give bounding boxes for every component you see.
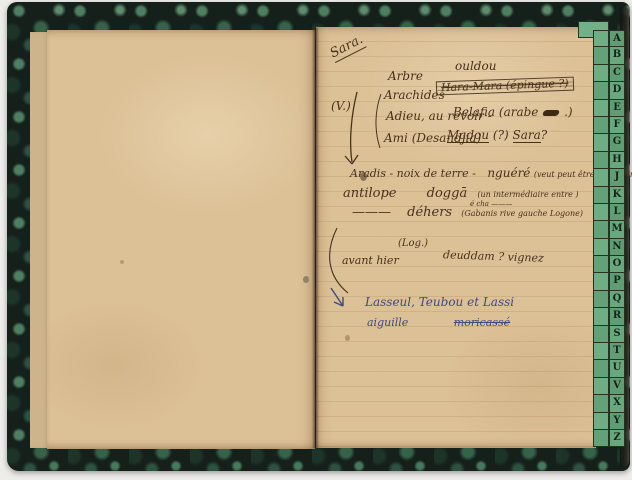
tab-letter-e: E bbox=[609, 100, 625, 117]
blue-entry-aiguille: aiguille moricassé bbox=[367, 317, 510, 329]
moricasse-text: moricassé bbox=[454, 316, 510, 329]
entry-madou-sara: Madou (?) Sara? bbox=[447, 129, 547, 142]
tab-letter-h: H bbox=[609, 152, 625, 169]
entry-dehers: ——— déhers (Gabanis rive gauche Logone) bbox=[352, 206, 583, 220]
margin-label: (V.) bbox=[331, 100, 351, 113]
tab-ladder-cell bbox=[593, 239, 609, 256]
tab-letter-x: X bbox=[609, 395, 625, 412]
tab-letter-b: B bbox=[609, 47, 625, 64]
tab-letter-p: P bbox=[609, 273, 625, 290]
aiguille-text: aiguille bbox=[367, 316, 408, 329]
tab-ladder-cell bbox=[593, 100, 609, 117]
madou-question: (?) bbox=[493, 128, 509, 142]
tab-ladder-cell bbox=[593, 378, 609, 395]
alphabet-tabs: ABCDEFGHJKLMNOPQRSTUVXYZ bbox=[609, 30, 625, 447]
tab-ladder-cell bbox=[593, 221, 609, 238]
tab-ladder-cell bbox=[593, 343, 609, 360]
tab-letter-g: G bbox=[609, 134, 625, 151]
sara-text: Sara bbox=[513, 128, 541, 143]
tab-letter-n: N bbox=[609, 239, 625, 256]
tab-ladder-cell bbox=[593, 413, 609, 430]
tab-letter-m: M bbox=[609, 221, 625, 238]
entry-belafia: Belafia (arabe .) bbox=[453, 106, 573, 119]
tab-letter-d: D bbox=[609, 82, 625, 99]
tab-letter-f: F bbox=[609, 117, 625, 134]
scanned-notebook: Sara. Arbre Arachides ouldou Hara-Mara (… bbox=[0, 0, 632, 480]
tab-ladder-cell bbox=[593, 152, 609, 169]
tab-ladder-cell bbox=[593, 256, 609, 273]
dogga-text: doggā bbox=[427, 186, 468, 201]
tab-ladder-cell bbox=[593, 187, 609, 204]
tab-ladder-cell bbox=[593, 395, 609, 412]
tab-ladder-cell bbox=[593, 117, 609, 134]
tab-letter-c: C bbox=[609, 65, 625, 82]
tab-ladder-column bbox=[593, 30, 609, 447]
log-note: (Log.) bbox=[398, 238, 428, 249]
tab-ladder-cell bbox=[593, 430, 609, 447]
ink-blot bbox=[542, 110, 560, 116]
entry-antilope: antilope doggā (un intermédiaire entre ) bbox=[343, 187, 579, 201]
tab-letter-u: U bbox=[609, 360, 625, 377]
tab-letter-j: J bbox=[609, 169, 625, 186]
tab-letter-l: L bbox=[609, 204, 625, 221]
tab-letter-s: S bbox=[609, 326, 625, 343]
ink-stain bbox=[303, 276, 309, 283]
tab-letter-a: A bbox=[609, 30, 625, 47]
tab-ladder-cell bbox=[593, 134, 609, 151]
tab-ladder-cell bbox=[593, 204, 609, 221]
blue-entry-lasseul: Lasseul, Teubou et Lassi bbox=[365, 296, 514, 309]
aradis-text: Aradis - noix de terre - bbox=[350, 167, 476, 180]
tab-ladder-cell bbox=[593, 30, 609, 47]
tab-ladder-cell bbox=[593, 273, 609, 290]
tab-ladder-cell bbox=[593, 47, 609, 64]
tab-letter-v: V bbox=[609, 378, 625, 395]
sara-question: ? bbox=[541, 128, 547, 142]
tab-ladder-cell bbox=[593, 326, 609, 343]
nguere-text: nguéré bbox=[487, 166, 530, 180]
tab-letter-k: K bbox=[609, 187, 625, 204]
antilope-text: antilope bbox=[343, 186, 397, 201]
tab-letter-y: Y bbox=[609, 413, 625, 430]
tab-ladder-cell bbox=[593, 169, 609, 186]
tab-ladder-cell bbox=[593, 65, 609, 82]
tab-letter-z: Z bbox=[609, 430, 625, 447]
madou-text: Madou bbox=[447, 128, 489, 143]
tab-ladder-cell bbox=[593, 308, 609, 325]
belafia-text-end: .) bbox=[564, 105, 573, 119]
entry-arbre: Arbre bbox=[388, 70, 423, 83]
ink-stain bbox=[120, 260, 124, 264]
tab-ladder-cell bbox=[593, 291, 609, 308]
left-page bbox=[47, 30, 315, 449]
center-gutter bbox=[312, 28, 319, 448]
tab-letter-r: R bbox=[609, 308, 625, 325]
tab-letter-q: Q bbox=[609, 291, 625, 308]
tab-ladder-cell bbox=[593, 82, 609, 99]
tab-letter-t: T bbox=[609, 343, 625, 360]
entry-avant-hier: avant hier bbox=[342, 255, 399, 267]
dehers-text: déhers bbox=[407, 205, 452, 220]
tab-letter-o: O bbox=[609, 256, 625, 273]
tab-ladder-cell bbox=[593, 360, 609, 377]
dogga-note: (un intermédiaire entre ) bbox=[477, 190, 578, 199]
entry-aradis: Aradis - noix de terre - nguéré (veut pe… bbox=[350, 167, 632, 180]
belafia-text: Belafia (arabe bbox=[453, 105, 538, 119]
ink-stain bbox=[345, 335, 350, 341]
dehers-note: (Gabanis rive gauche Logone) bbox=[461, 209, 583, 218]
annotation-ouldou: ouldou bbox=[455, 60, 496, 73]
dash-stroke: ——— bbox=[352, 205, 391, 220]
